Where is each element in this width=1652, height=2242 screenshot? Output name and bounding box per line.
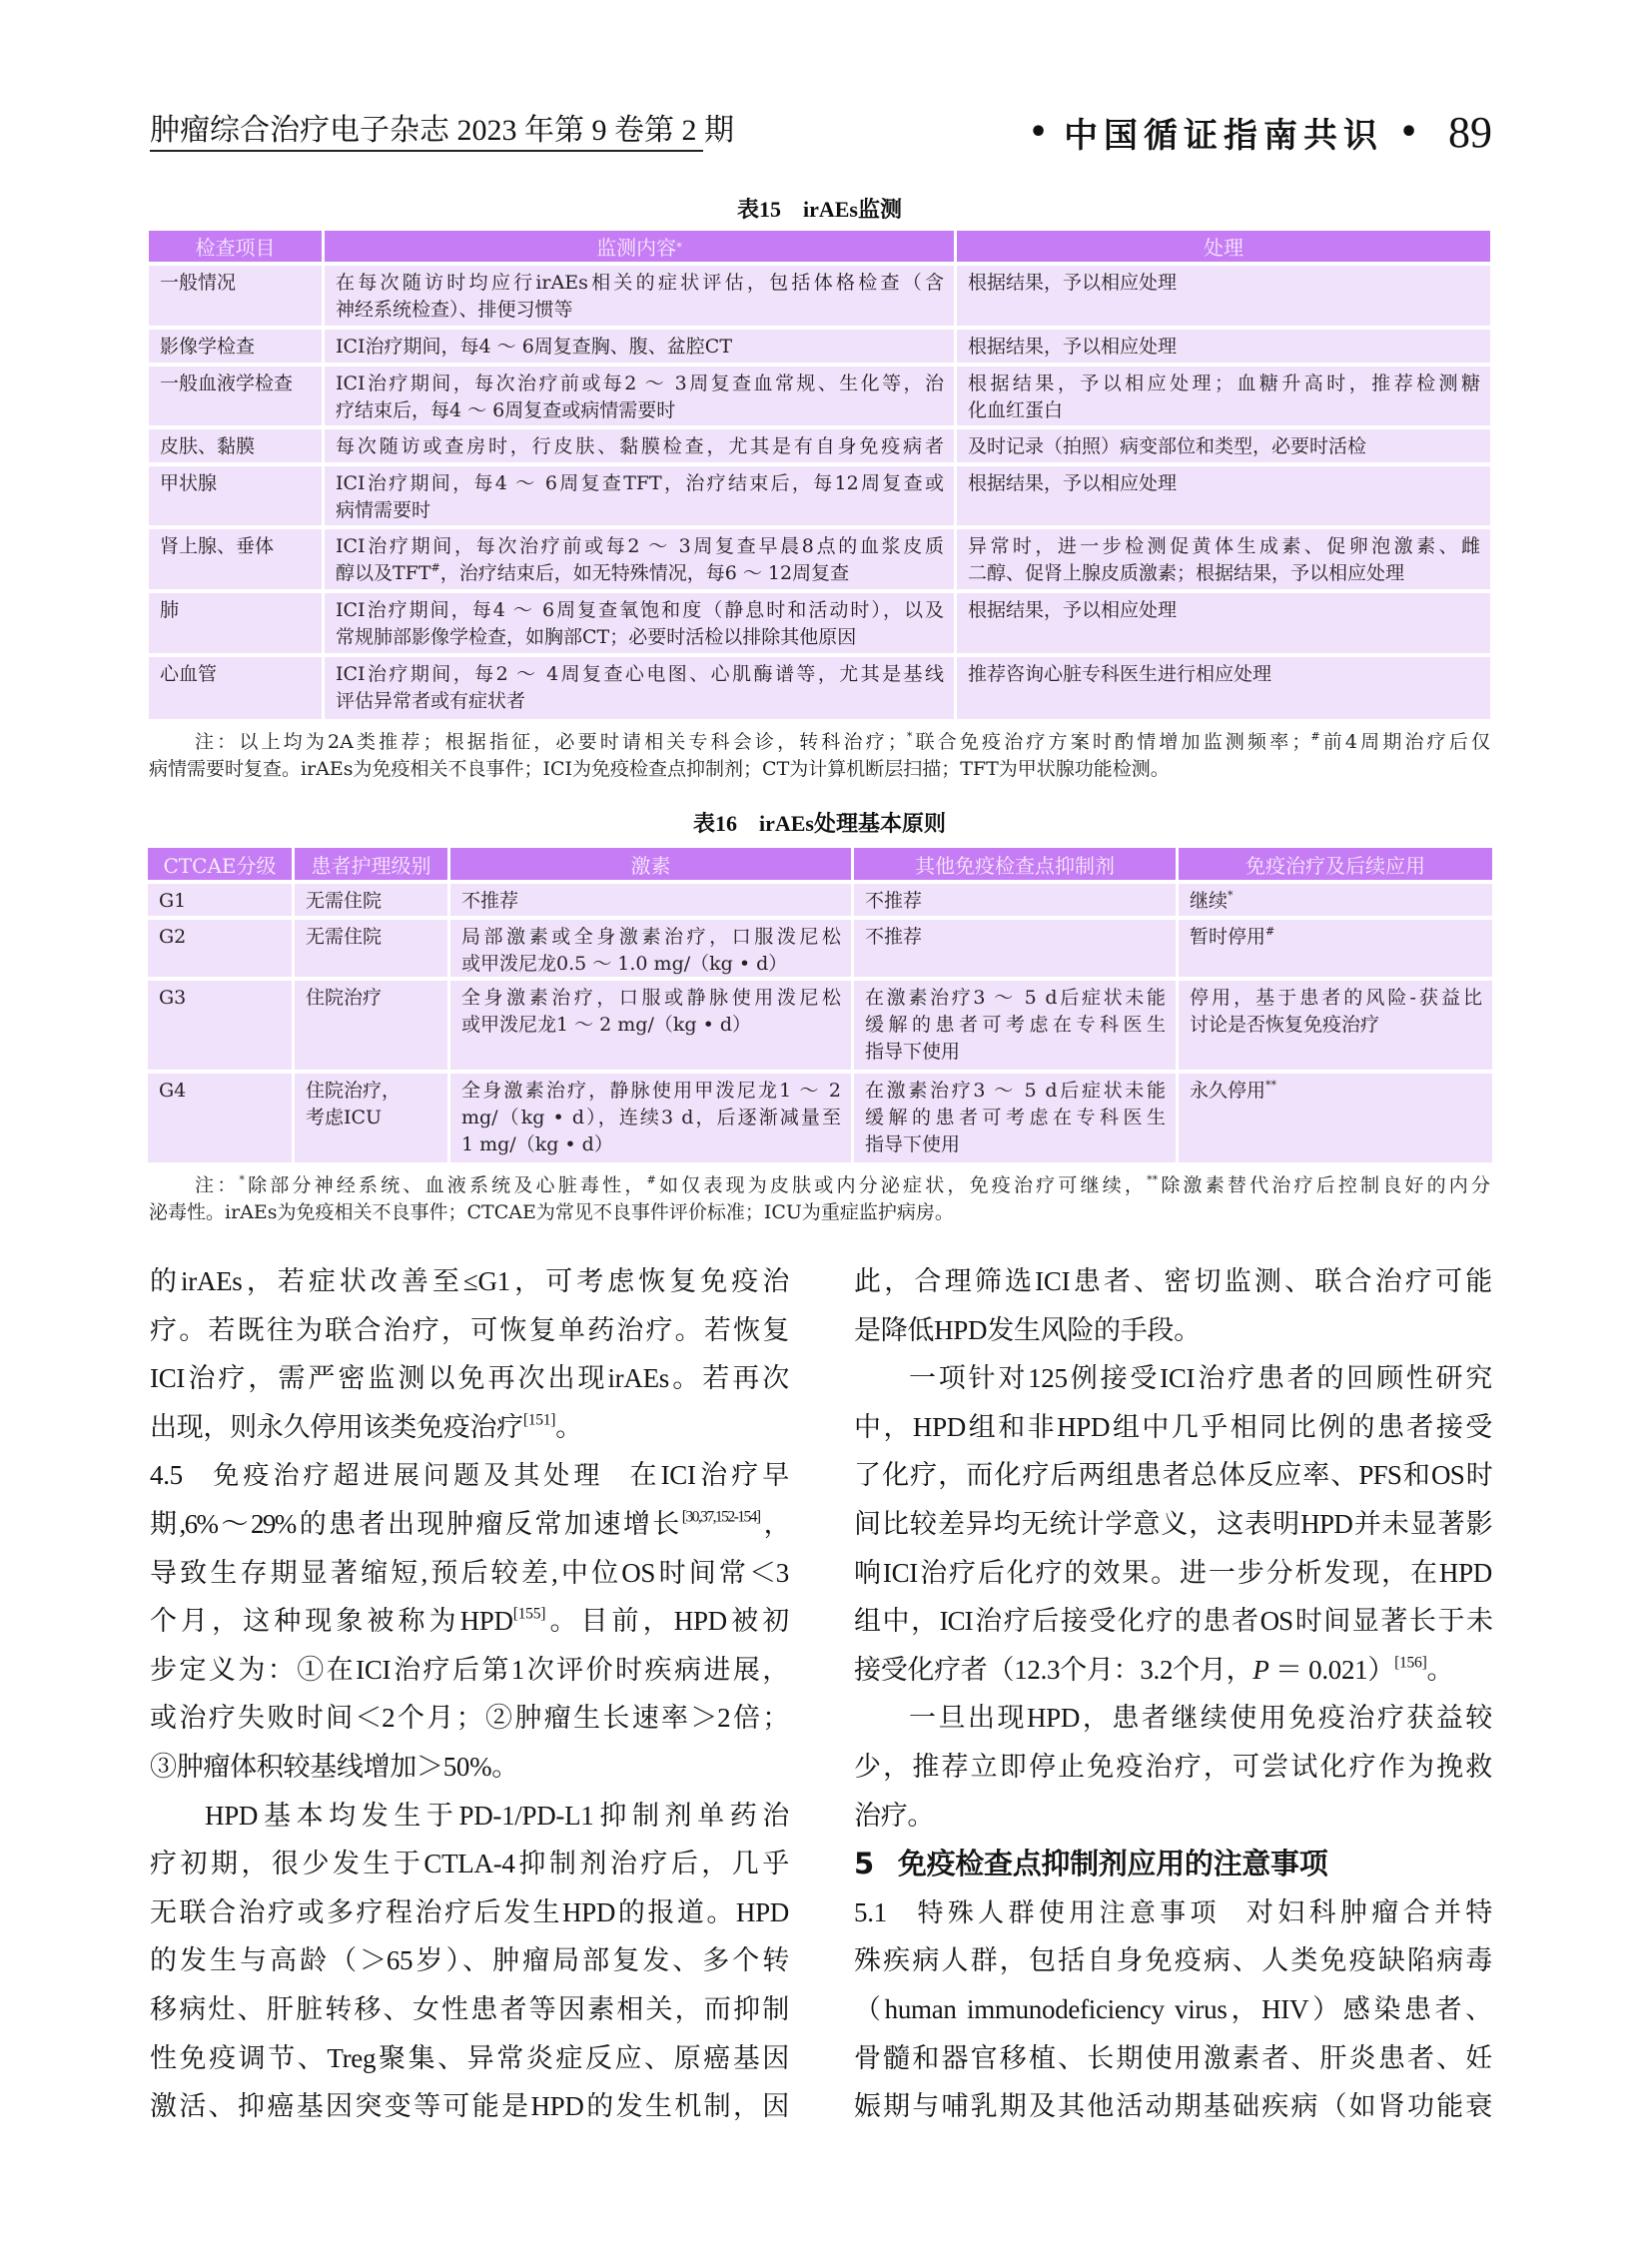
footnote-mark: **	[1265, 1079, 1276, 1092]
text-line: 中，HPD组和非HPD组中几乎相同比例的患者接受	[854, 1403, 1492, 1452]
text-line: 娠期与哺乳期及其他活动期基础疾病（如肾功能衰	[854, 2082, 1492, 2131]
cell-line: ICI治疗期间，每4 ～ 6周复查氧饱和度（静息时和活动时），以及	[336, 597, 944, 624]
footnote-mark: **	[1147, 1173, 1158, 1186]
subsection-line: 4.5免疫治疗超进展问题及其处理在ICI治疗早	[150, 1451, 789, 1500]
column-header: 检查项目	[149, 231, 322, 262]
cell-steroid: 局部激素或全身激素治疗，口服泼尼松 或甲泼尼龙0.5 ～ 1.0 mg/（kg …	[450, 920, 851, 977]
text-line: 治疗。	[854, 1792, 1492, 1841]
cell-steroid: 不推荐	[450, 884, 851, 916]
subsection-line: 5.1特殊人群使用注意事项对妇科肿瘤合并特	[854, 1888, 1492, 1937]
cell-line: mg/（kg • d），连续3 d，后逐渐减量至	[461, 1105, 841, 1131]
citation: [30,37,152-154]	[682, 1508, 760, 1525]
column-header: 激素	[450, 848, 851, 880]
cell-line: 指导下使用	[865, 1131, 1166, 1158]
cell-other-ici: 不推荐	[854, 920, 1176, 977]
cell-care: 无需住院	[295, 884, 447, 916]
cell-line: 不推荐	[461, 888, 841, 915]
text: ＝ 0.021）	[1269, 1655, 1395, 1685]
cell-grade: G3	[148, 981, 292, 1070]
column-label: 检查项目	[196, 232, 276, 261]
subsection-title: 特殊人群使用注意事项	[913, 1898, 1221, 1928]
text-line: ③肿瘤体积较基线增加＞50%。	[150, 1743, 789, 1792]
text-line: 一旦出现HPD，患者继续使用免疫治疗获益较	[854, 1694, 1492, 1743]
text-line: 的发生与高龄（＞65岁）、肿瘤局部复发、多个转	[150, 1936, 789, 1985]
cell-item: 一般情况	[149, 266, 322, 326]
cell-immunotherapy: 暂时停用#	[1179, 920, 1492, 977]
text-line: 接受化疗者（12.3个月：3.2个月，P ＝ 0.021）[156]。	[854, 1646, 1492, 1695]
cell-line: ICI治疗期间，每4 ～ 6周复查TFT，治疗结束后，每12周复查或	[336, 470, 944, 497]
subsection-title: 免疫治疗超进展问题及其处理	[209, 1461, 604, 1491]
text-line: 出现，则永久停用该类免疫治疗[151]。	[150, 1403, 789, 1452]
cell-line: 病情需要时	[336, 497, 944, 524]
text-line: 骨髓和器官移植、长期使用激素者、肝炎患者、妊	[854, 2034, 1492, 2083]
footnote-mark: #	[1265, 925, 1274, 938]
footnote-mark: #	[1310, 730, 1319, 743]
text: 。	[1427, 1655, 1454, 1685]
cell-line: ICI治疗期间，每4 ～ 6周复查胸、腹、盆腔CT	[336, 334, 944, 361]
column-header: 处理	[957, 231, 1490, 262]
cell-care: 无需住院	[295, 920, 447, 977]
cell-text: ，治疗结束后，如无特殊情况，每6 ～ 12周复查	[440, 562, 849, 584]
table15-title: 表15 irAEs监测	[149, 196, 1490, 224]
section-title: 免疫检查点抑制剂应用的注意事项	[898, 1847, 1328, 1880]
cell-line: 或甲泼尼龙1 ～ 2 mg/（kg • d）	[461, 1012, 841, 1039]
cell-line: 不推荐	[865, 924, 1166, 951]
column-label: 监测内容	[596, 232, 676, 261]
text-line: 少，推荐立即停止免疫治疗，可尝试化疗作为挽救	[854, 1743, 1492, 1792]
footnote-mark: #	[647, 1173, 656, 1186]
note-text: 除部分神经系统、血液系统及心脏毒性，	[245, 1174, 647, 1196]
text-line: 响ICI治疗后化疗的效果。进一步分析发现，在HPD	[854, 1549, 1492, 1598]
cell-line: 全身激素治疗，口服或静脉使用泼尼松	[461, 985, 841, 1012]
text-line: 或治疗失败时间＜2个月；②肿瘤生长速率＞2倍；	[150, 1694, 789, 1743]
cell-item: 肾上腺、垂体	[149, 529, 322, 589]
bullet-icon: •	[1029, 115, 1048, 150]
text-line: （human immunodeficiency virus，HIV）感染患者、	[854, 1985, 1492, 2034]
cell-item: 肺	[149, 593, 322, 653]
text-line: 疗初期，很少发生于CTLA-4抑制剂治疗后，几乎	[150, 1840, 789, 1888]
cell-line: 停用，基于患者的风险-获益比	[1190, 985, 1482, 1012]
table15-note: 注：以上均为2A类推荐；根据指征，必要时请相关专科会诊，转科治疗；*联合免疫治疗…	[149, 729, 1490, 783]
cell-line: 化血红蛋白	[968, 397, 1480, 424]
citation: [155]	[513, 1605, 545, 1622]
text-line: 的irAEs，若症状改善至≤G1，可考虑恢复免疫治	[150, 1257, 789, 1306]
cell-line: G3	[159, 985, 282, 1012]
text-line: 导致生存期显著缩短,预后较差,中位OS时间常＜3	[150, 1549, 789, 1598]
p-value-symbol: P	[1252, 1655, 1268, 1685]
cell-line: 或甲泼尼龙0.5 ～ 1.0 mg/（kg • d）	[461, 951, 841, 978]
cell-line: 一般情况	[160, 270, 312, 297]
cell-line: ICI治疗期间，每次治疗前或每2 ～ 3周复查早晨8点的血浆皮质	[336, 533, 944, 560]
cell-line: 影像学检查	[160, 334, 312, 361]
cell-line: 根据结果，予以相应处理	[968, 334, 1480, 361]
text-line: 此，合理筛选ICI患者、密切监测、联合治疗可能	[854, 1257, 1492, 1306]
cell-line: 在激素治疗3 ～ 5 d后症状未能	[865, 1078, 1166, 1105]
section-heading: 5免疫检查点抑制剂应用的注意事项	[854, 1840, 1492, 1888]
note-line: 泌毒性。irAEs为免疫相关不良事件；CTCAE为常见不良事件评价标准；ICU为…	[149, 1199, 1490, 1226]
text-line: 间比较差异均无统计学意义，这表明HPD并未显著影	[854, 1500, 1492, 1549]
cell-line: 不推荐	[865, 888, 1166, 915]
cell-handling: 根据结果，予以相应处理；血糖升高时，推荐检测糖 化血红蛋白	[957, 367, 1490, 425]
cell-line: 1 mg/（kg • d）	[461, 1131, 841, 1158]
citation: [156]	[1394, 1654, 1426, 1671]
note-line: 注：*除部分神经系统、血液系统及心脏毒性，#如仅表现为皮肤或内分泌症状，免疫治疗…	[149, 1172, 1490, 1199]
cell-line: 异常时，进一步检测促黄体生成素、促卵泡激素、雌	[968, 533, 1480, 560]
cell-other-ici: 在激素治疗3 ～ 5 d后症状未能 缓解的患者可考虑在专科医生 指导下使用	[854, 1074, 1176, 1162]
cell-handling: 根据结果，予以相应处理	[957, 593, 1490, 653]
subsection-number: 5.1	[854, 1897, 887, 1927]
text: 出现，则永久停用该类免疫治疗	[150, 1412, 523, 1442]
cell-immunotherapy: 永久停用**	[1179, 1074, 1492, 1162]
text-line: 是降低HPD发生风险的手段。	[854, 1306, 1492, 1355]
cell-line: 无需住院	[306, 888, 437, 915]
cell-item: 影像学检查	[149, 330, 322, 363]
cell-line: 评估异常者或有症状者	[336, 688, 944, 715]
cell-line: 在每次随访时均应行irAEs相关的症状评估，包括体格检查（含	[336, 270, 944, 297]
cell-text: 继续	[1190, 890, 1228, 912]
cell-monitor: ICI治疗期间，每4 ～ 6周复查胸、腹、盆腔CT	[325, 330, 954, 363]
cell-line: 住院治疗	[306, 985, 437, 1012]
cell-care: 住院治疗	[295, 981, 447, 1070]
cell-line: 推荐咨询心脏专科医生进行相应处理	[968, 661, 1480, 688]
note-text: 前4周期治疗后仅	[1320, 731, 1490, 753]
cell-line: 肺	[160, 597, 312, 624]
cell-immunotherapy: 继续*	[1179, 884, 1492, 916]
text-line: 期,6%～29%的患者出现肿瘤反常加速增长[30,37,152-154]，	[150, 1500, 789, 1549]
cell-line: 心血管	[160, 661, 312, 688]
column-header: 免疫治疗及后续应用	[1179, 848, 1492, 880]
section-header: • 中国循证指南共识 • 89	[1029, 108, 1492, 156]
cell-text: 暂时停用	[1190, 926, 1265, 948]
text: 个月，这种现象被称为HPD	[150, 1606, 513, 1636]
cell-line: 醇以及TFT#，治疗结束后，如无特殊情况，每6 ～ 12周复查	[336, 560, 944, 587]
cell-line: 缓解的患者可考虑在专科医生	[865, 1012, 1166, 1039]
text-line: 性免疫调节、Treg聚集、异常炎症反应、原癌基因	[150, 2034, 789, 2083]
note-line: 注：以上均为2A类推荐；根据指征，必要时请相关专科会诊，转科治疗；*联合免疫治疗…	[149, 729, 1490, 756]
cell-item: 皮肤、黏膜	[149, 429, 322, 462]
table16-title: 表16 irAEs处理基本原则	[149, 810, 1490, 838]
note-line: 病情需要时复查。irAEs为免疫相关不良事件；ICI为免疫检查点抑制剂；CT为计…	[149, 756, 1490, 783]
cell-line: 根据结果，予以相应处理	[968, 270, 1480, 297]
text: 对妇科肿瘤合并特	[1246, 1897, 1492, 1927]
note-text: 如仅表现为皮肤或内分泌症状，免疫治疗可继续，	[656, 1174, 1147, 1196]
cell-monitor: 每次随访或查房时，行皮肤、黏膜检查，尤其是有自身免疫病者	[325, 429, 954, 462]
cell-monitor: 在每次随访时均应行irAEs相关的症状评估，包括体格检查（含 神经系统检查）、排…	[325, 266, 954, 326]
section-number: 5	[854, 1847, 874, 1880]
cell-line: 讨论是否恢复免疫治疗	[1190, 1012, 1482, 1039]
cell-handling: 推荐咨询心脏专科医生进行相应处理	[957, 657, 1490, 719]
cell-handling: 异常时，进一步检测促黄体生成素、促卵泡激素、雌 二醇、促肾上腺皮质激素；根据结果…	[957, 529, 1490, 589]
column-header: 监测内容*	[325, 231, 954, 262]
cell-item: 一般血液学检查	[149, 367, 322, 425]
cell-line: 及时记录（拍照）病变部位和类型，必要时活检	[968, 433, 1480, 460]
text-line: ICI治疗，需严密监测以免再次出现irAEs。若再次	[150, 1354, 789, 1403]
text-line: 了化疗，而化疗后两组患者总体反应率、PFS和OS时	[854, 1451, 1492, 1500]
cell-line: G4	[159, 1078, 282, 1105]
footnote-mark: *	[1228, 889, 1234, 902]
cell-steroid: 全身激素治疗，口服或静脉使用泼尼松 或甲泼尼龙1 ～ 2 mg/（kg • d）	[450, 981, 851, 1070]
cell-line: 根据结果，予以相应处理	[968, 597, 1480, 624]
cell-monitor: ICI治疗期间，每4 ～ 6周复查TFT，治疗结束后，每12周复查或 病情需要时	[325, 466, 954, 525]
column-header: CTCAE分级	[148, 848, 292, 880]
cell-line: 根据结果，予以相应处理；血糖升高时，推荐检测糖	[968, 371, 1480, 397]
note-text: 除激素替代治疗后控制良好的内分	[1158, 1174, 1490, 1196]
cell-care: 住院治疗， 考虑ICU	[295, 1074, 447, 1162]
cell-handling: 及时记录（拍照）病变部位和类型，必要时活检	[957, 429, 1490, 462]
cell-immunotherapy: 停用，基于患者的风险-获益比 讨论是否恢复免疫治疗	[1179, 981, 1492, 1070]
text-line: 激活、抑癌基因突变等可能是HPD的发生机制，因	[150, 2082, 789, 2131]
table16: CTCAE分级 患者护理级别 激素 其他免疫检查点抑制剂 免疫治疗及后续应用 G…	[148, 848, 1492, 1162]
cell-line: 继续*	[1190, 888, 1482, 915]
text: 在ICI治疗早	[630, 1460, 789, 1490]
table15: 检查项目 监测内容* 处理 一般情况 在每次随访时均应行irAEs相关的症状评估…	[149, 231, 1490, 719]
cell-handling: 根据结果，予以相应处理	[957, 330, 1490, 363]
cell-line: ICI治疗期间，每次治疗前或每2 ～ 3周复查血常规、生化等，治	[336, 371, 944, 397]
cell-monitor: ICI治疗期间，每2 ～ 4周复查心电图、心肌酶谱等，尤其是基线 评估异常者或有…	[325, 657, 954, 719]
cell-line: 肾上腺、垂体	[160, 533, 312, 560]
cell-monitor: ICI治疗期间，每次治疗前或每2 ～ 3周复查血常规、生化等，治 疗结束后，每4…	[325, 367, 954, 425]
cell-line: 永久停用**	[1190, 1078, 1482, 1105]
cell-line: G2	[159, 924, 282, 951]
bullet-icon: •	[1399, 115, 1418, 150]
cell-line: 皮肤、黏膜	[160, 433, 312, 460]
cell-grade: G2	[148, 920, 292, 977]
cell-handling: 根据结果，予以相应处理	[957, 466, 1490, 525]
journal-page: 肿瘤综合治疗电子杂志 2023 年第 9 卷第 2 期 • 中国循证指南共识 •…	[0, 0, 1652, 2242]
table16-note: 注：*除部分神经系统、血液系统及心脏毒性，#如仅表现为皮肤或内分泌症状，免疫治疗…	[149, 1172, 1490, 1226]
text-line: 殊疾病人群，包括自身免疫病、人类免疫缺陷病毒	[854, 1936, 1492, 1985]
note-text: 注：	[195, 1174, 239, 1196]
text-line: 一项针对125例接受ICI治疗患者的回顾性研究	[854, 1354, 1492, 1403]
text-line: 疗。若既往为联合治疗，可恢复单药治疗。若恢复	[150, 1306, 789, 1355]
footnote-mark: #	[431, 561, 440, 574]
cell-line: 根据结果，予以相应处理	[968, 470, 1480, 497]
cell-text: 醇以及TFT	[336, 562, 431, 584]
text-line: 无联合治疗或多疗程治疗后发生HPD的报道。HPD	[150, 1888, 789, 1937]
cell-grade: G1	[148, 884, 292, 916]
cell-line: 暂时停用#	[1190, 924, 1482, 951]
cell-line: 考虑ICU	[306, 1105, 437, 1131]
cell-text: 永久停用	[1190, 1080, 1265, 1102]
text: 。	[555, 1412, 582, 1442]
cell-grade: G4	[148, 1074, 292, 1162]
text: 接受化疗者（12.3个月：3.2个月，	[854, 1655, 1252, 1685]
note-text: 联合免疫治疗方案时酌情增加监测频率；	[912, 731, 1310, 753]
note-text: 注：以上均为2A类推荐；根据指征，必要时请相关专科会诊，转科治疗；	[195, 731, 907, 753]
cell-monitor: ICI治疗期间，每次治疗前或每2 ～ 3周复查早晨8点的血浆皮质 醇以及TFT#…	[325, 529, 954, 589]
cell-steroid: 全身激素治疗，静脉使用甲泼尼龙1 ～ 2 mg/（kg • d），连续3 d，后…	[450, 1074, 851, 1162]
cell-handling: 根据结果，予以相应处理	[957, 266, 1490, 326]
text-line: 移病灶、肝脏转移、女性患者等因素相关，而抑制	[150, 1985, 789, 2034]
body-column-right: 此，合理筛选ICI患者、密切监测、联合治疗可能 是降低HPD发生风险的手段。 一…	[854, 1257, 1492, 2131]
cell-line: 局部激素或全身激素治疗，口服泼尼松	[461, 924, 841, 951]
text: ，	[760, 1509, 789, 1539]
cell-monitor: ICI治疗期间，每4 ～ 6周复查氧饱和度（静息时和活动时），以及 常规肺部影像…	[325, 593, 954, 653]
text: 。目前，HPD被初	[545, 1606, 789, 1636]
cell-item: 心血管	[149, 657, 322, 719]
cell-line: 住院治疗，	[306, 1078, 437, 1105]
column-label: 处理	[1204, 232, 1243, 261]
page-number: 89	[1448, 107, 1492, 158]
section-title: 中国循证指南共识	[1064, 108, 1383, 157]
cell-line: 在激素治疗3 ～ 5 d后症状未能	[865, 985, 1166, 1012]
cell-other-ici: 不推荐	[854, 884, 1176, 916]
text-line: HPD基本均发生于PD-1/PD-L1抑制剂单药治	[150, 1792, 789, 1841]
cell-line: 甲状腺	[160, 470, 312, 497]
column-header: 患者护理级别	[295, 848, 447, 880]
cell-line: 缓解的患者可考虑在专科医生	[865, 1105, 1166, 1131]
cell-line: 疗结束后，每4 ～ 6周复查或病情需要时	[336, 397, 944, 424]
cell-item: 甲状腺	[149, 466, 322, 525]
cell-line: 指导下使用	[865, 1039, 1166, 1066]
subsection-number: 4.5	[150, 1460, 183, 1490]
cell-line: G1	[159, 888, 282, 915]
cell-line: 二醇、促肾上腺皮质激素；根据结果，予以相应处理	[968, 560, 1480, 587]
cell-line: 一般血液学检查	[160, 371, 312, 397]
cell-line: ICI治疗期间，每2 ～ 4周复查心电图、心肌酶谱等，尤其是基线	[336, 661, 944, 688]
text-line: 个月，这种现象被称为HPD[155]。目前，HPD被初	[150, 1597, 789, 1646]
journal-header: 肿瘤综合治疗电子杂志 2023 年第 9 卷第 2 期	[150, 112, 703, 152]
cell-line: 无需住院	[306, 924, 437, 951]
column-header: 其他免疫检查点抑制剂	[854, 848, 1176, 880]
text-line: 步定义为：①在ICI治疗后第1次评价时疾病进展，	[150, 1646, 789, 1695]
cell-line: 全身激素治疗，静脉使用甲泼尼龙1 ～ 2	[461, 1078, 841, 1105]
cell-line: 常规肺部影像学检查，如胸部CT；必要时活检以排除其他原因	[336, 624, 944, 651]
text: 期,6%～29%的患者出现肿瘤反常加速增长	[150, 1509, 682, 1539]
cell-line: 每次随访或查房时，行皮肤、黏膜检查，尤其是有自身免疫病者	[336, 433, 944, 460]
body-column-left: 的irAEs，若症状改善至≤G1，可考虑恢复免疫治 疗。若既往为联合治疗，可恢复…	[150, 1257, 789, 2131]
cell-other-ici: 在激素治疗3 ～ 5 d后症状未能 缓解的患者可考虑在专科医生 指导下使用	[854, 981, 1176, 1070]
citation: [151]	[523, 1411, 555, 1428]
text-line: 组中，ICI治疗后接受化疗的患者OS时间显著长于未	[854, 1597, 1492, 1646]
cell-line: 神经系统检查）、排便习惯等	[336, 297, 944, 324]
